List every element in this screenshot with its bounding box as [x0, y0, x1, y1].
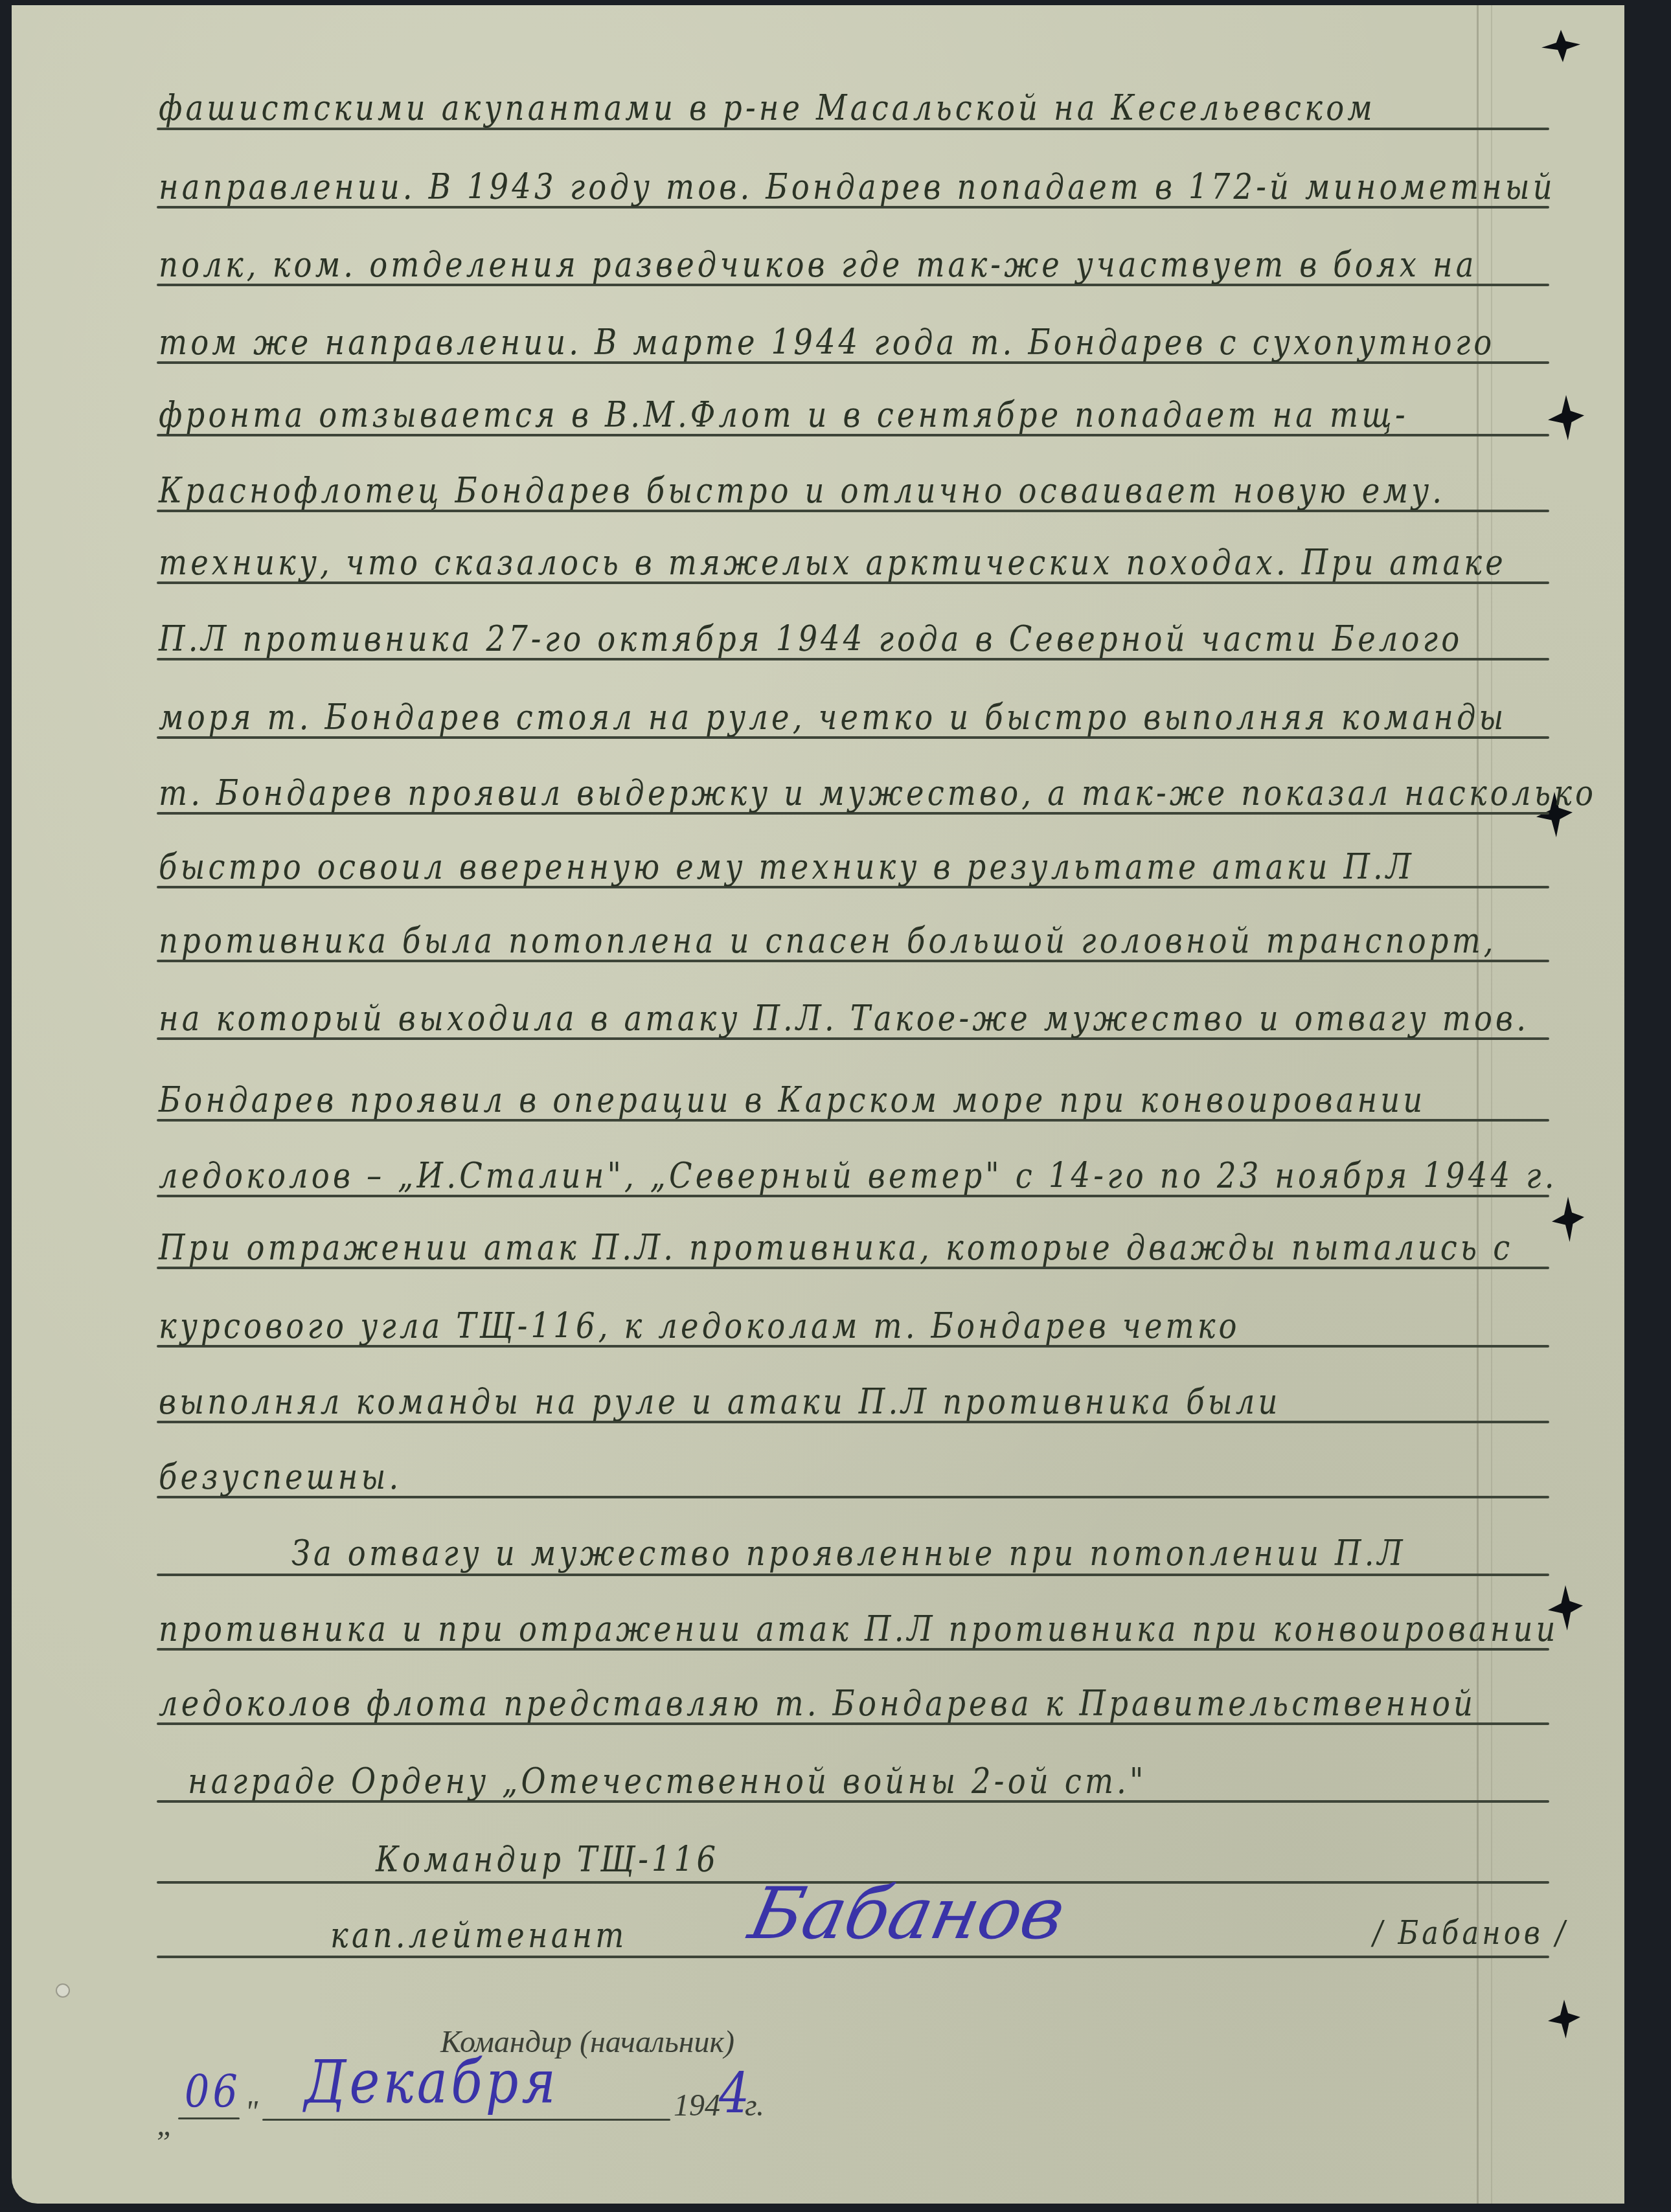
tear-hole-icon: [1541, 30, 1580, 62]
commander-name: / Бабанов /: [1373, 1917, 1568, 1949]
commander-rank: кап.лейтенант: [330, 1918, 628, 1953]
body-line: моря т. Бондарев стоял на руле, четко и …: [159, 700, 1507, 735]
conclusion-line: награде Ордену „Отечественной войны 2-ой…: [188, 1764, 1147, 1799]
tear-hole-icon: [1548, 395, 1584, 440]
punch-hole: [56, 1983, 70, 1998]
month-rule: [262, 2119, 670, 2121]
body-line: направлении. В 1943 году тов. Бондарев п…: [159, 170, 1556, 205]
year-unit: г.: [745, 2090, 764, 2121]
body-line: полк, ком. отделения разведчиков где так…: [159, 247, 1477, 282]
body-line: фашистскими акупантами в р-не Масальской…: [159, 91, 1376, 126]
tear-hole-icon: [1552, 1197, 1584, 1242]
signature: Бабанов: [744, 1878, 1071, 1949]
date-day: 06: [185, 2069, 241, 2114]
year-prefix: 194: [674, 2090, 720, 2121]
conclusion-line: ледоколов флота представляю т. Бондарева…: [159, 1686, 1476, 1721]
body-line: быстро освоил вверенную ему технику в ре…: [159, 850, 1415, 885]
body-line: Краснофлотец Бондарев быстро и отлично о…: [159, 473, 1445, 508]
body-line: безуспешны.: [159, 1460, 402, 1495]
tear-hole-icon: [1548, 2000, 1580, 2038]
body-line: технику, что сказалось в тяжелых арктиче…: [159, 545, 1506, 580]
body-line: противника была потоплена и спасен больш…: [159, 923, 1497, 958]
body-line: выполнял команды на руле и атаки П.Л про…: [159, 1384, 1280, 1419]
body-line: том же направлении. В марте 1944 года т.…: [159, 325, 1495, 360]
commander-position: Командир ТЩ-116: [376, 1842, 719, 1877]
body-line: При отражении атак П.Л. противника, кото…: [159, 1230, 1513, 1265]
body-line: т. Бондарев проявил выдержку и мужество,…: [159, 776, 1597, 811]
rule-line: [157, 1956, 1549, 1958]
body-line: П.Л противника 27-го октября 1944 года в…: [159, 622, 1462, 657]
body-line: курсового угла ТЩ-116, к ледоколам т. Бо…: [159, 1309, 1240, 1344]
rule-line: [157, 1574, 1549, 1576]
conclusion-line: За отвагу и мужество проявленные при пот…: [291, 1536, 1406, 1571]
conclusion-line: противника и при отражении атак П.Л прот…: [159, 1612, 1559, 1647]
body-line: фронта отзывается в В.М.Флот и в сентябр…: [159, 398, 1409, 433]
date-month: Декабря: [304, 2053, 559, 2112]
close-quote: ": [245, 2097, 258, 2128]
open-quote: „: [157, 2110, 174, 2141]
body-line: Бондарев проявил в операции в Карском мо…: [159, 1083, 1426, 1118]
body-line: на который выходила в атаку П.Л. Такое-ж…: [159, 1001, 1529, 1036]
body-line: ледоколов – „И.Сталин", „Северный ветер"…: [159, 1158, 1558, 1193]
